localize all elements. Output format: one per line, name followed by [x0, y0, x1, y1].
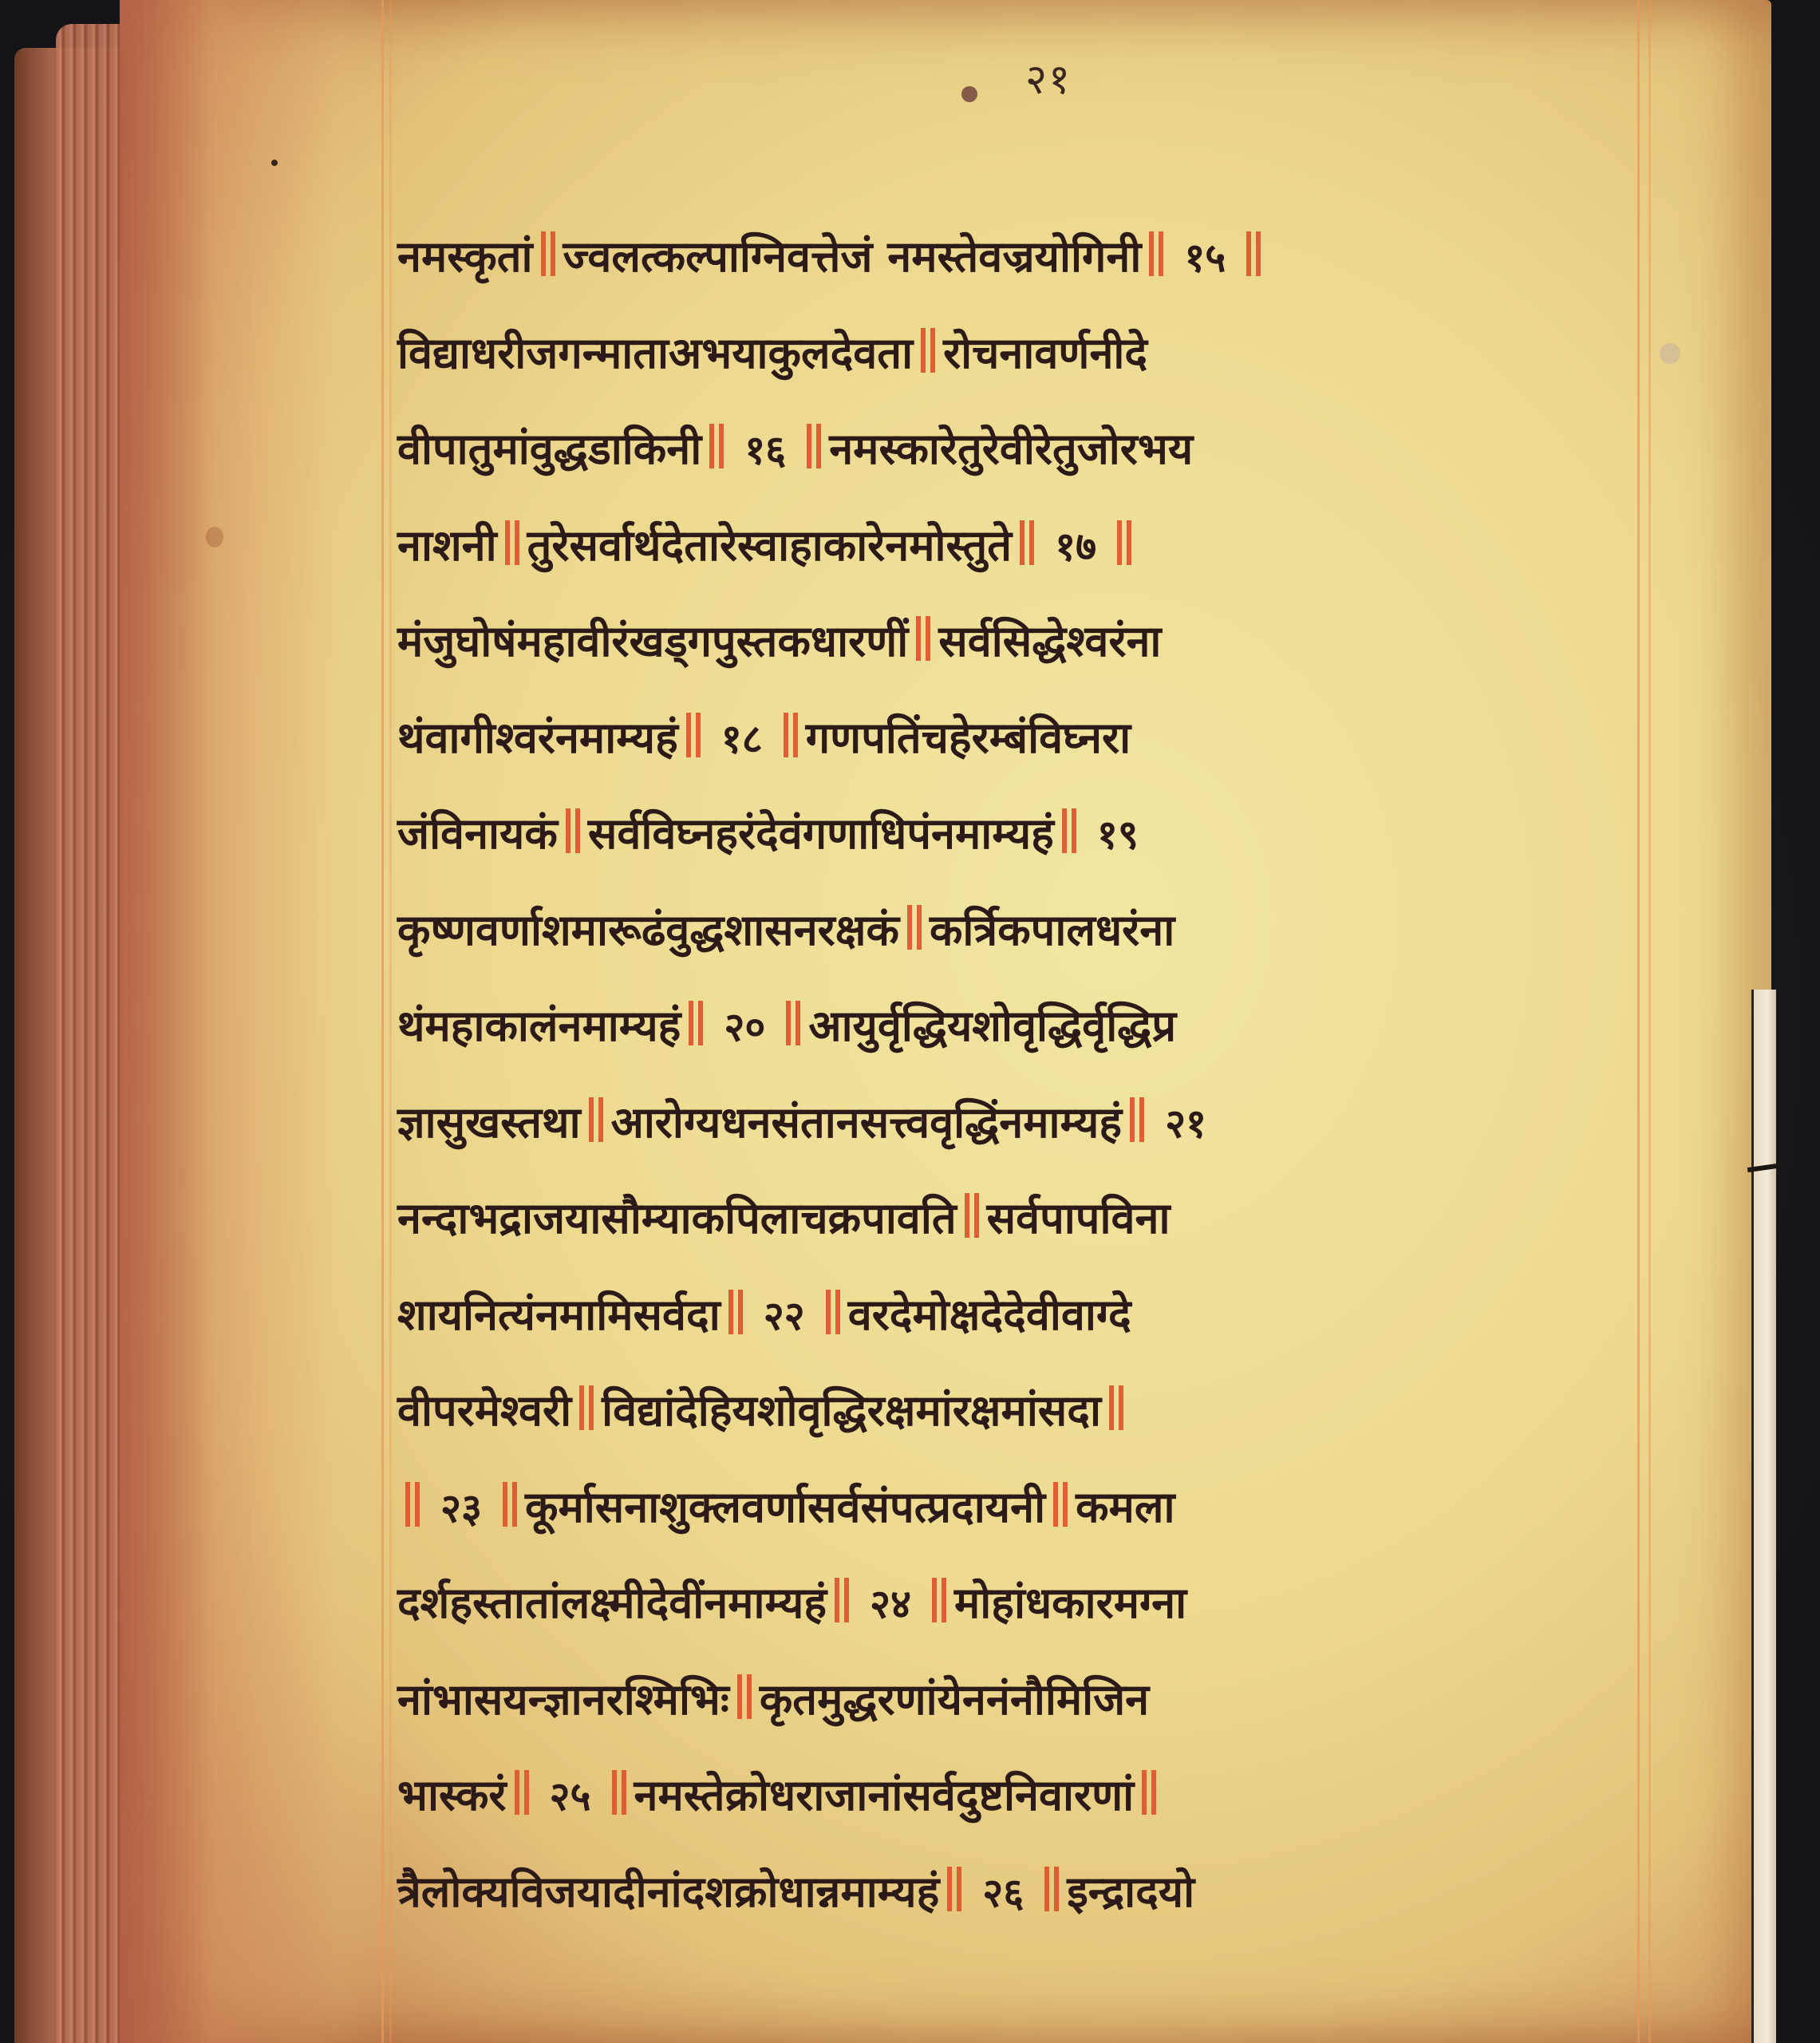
verse-text: नांभासयन्ज्ञानरश्मिभिः [397, 1674, 729, 1725]
verse-text: वरदेमोक्षदेदेवीवाग्दे [848, 1290, 1131, 1340]
double-danda-mark [786, 1001, 800, 1045]
verse-number: १७ [1055, 499, 1096, 595]
verse-text: मोहांधकारमग्ना [954, 1578, 1186, 1628]
double-danda-mark [612, 1770, 626, 1815]
manuscript-text-block: नमस्कृतांज्वलत्कल्पाग्निवत्तेजं नमस्तेवज… [397, 209, 1658, 1940]
verse-text: कर्त्रिकपालधरंना [930, 905, 1175, 955]
verse-text: शायनित्यंनमामिसर्वदा [397, 1290, 720, 1340]
text-line: नमस्कृतांज्वलत्कल्पाग्निवत्तेजं नमस्तेवज… [397, 209, 1658, 306]
verse-text: नन्दाभद्राजयासौम्याकपिलाचक्रपावति [397, 1193, 957, 1243]
double-danda-mark [1020, 520, 1034, 565]
text-line: जंविनायकंसर्वविघ्नहरंदेवंगणाधिपंनमाम्यहं… [397, 786, 1658, 883]
double-danda-mark [1044, 1867, 1059, 1911]
text-line: २३कूर्मासनाशुक्लवर्णासर्वसंपत्प्रदायनीकम… [397, 1460, 1658, 1556]
text-line: नांभासयन्ज्ञानरश्मिभिःकृतमुद्धरणांयेननंन… [397, 1652, 1658, 1749]
verse-text: जंविनायकं [397, 808, 558, 859]
double-danda-mark [566, 808, 580, 853]
double-danda-mark [686, 713, 701, 757]
verse-text: मंजुघोषंमहावीरंखड्गपुस्तकधारणीं [397, 616, 908, 666]
verse-number: १९ [1097, 787, 1139, 883]
double-danda-mark [515, 1770, 529, 1815]
verse-text: कमला [1076, 1482, 1175, 1532]
double-danda-mark [784, 713, 798, 757]
verse-text: थंमहाकालंनमाम्यहं [397, 1001, 681, 1051]
double-danda-mark [826, 1290, 840, 1334]
verse-text: ज्ञासुखस्तथा [397, 1097, 581, 1148]
verse-number: २६ [982, 1845, 1024, 1941]
verse-text: वीपरमेश्वरी [397, 1385, 571, 1436]
verse-text: सर्वपापविना [987, 1193, 1171, 1243]
double-danda-mark [505, 520, 519, 565]
verse-number: २३ [440, 1460, 482, 1556]
paper-hole [206, 527, 223, 547]
verse-text: कृष्णवर्णाशमारूढंवुद्धशासनरक्षकं [397, 905, 899, 955]
verse-number: २० [724, 979, 765, 1075]
double-danda-mark [835, 1578, 849, 1622]
double-danda-mark [807, 424, 821, 468]
double-danda-mark [921, 328, 935, 373]
double-danda-mark [579, 1385, 594, 1430]
verse-text: नाशनी [397, 520, 497, 571]
verse-text: सर्वसिद्धेश्वरंना [938, 616, 1161, 666]
double-danda-mark [1062, 808, 1076, 853]
verse-text: रोचनावर्णनीदे [943, 328, 1147, 378]
text-line: ज्ञासुखस्तथाआरोग्यधनसंतानसत्त्ववृद्धिंनम… [397, 1075, 1658, 1172]
verse-number: १६ [744, 402, 786, 498]
double-danda-mark [907, 905, 922, 950]
left-margin-rule-inner [389, 0, 392, 2043]
text-line: त्रैलोक्यविजयादीनांदशक्रोधान्नमाम्यहं२६इ… [397, 1844, 1658, 1941]
page-right-edge [1751, 990, 1776, 2043]
double-danda-mark [689, 1001, 703, 1045]
text-line: विद्याधरीजगन्माताअभयाकुलदेवतारोचनावर्णनी… [397, 306, 1658, 402]
double-danda-mark [1053, 1482, 1068, 1527]
verse-text: सर्वविघ्नहरंदेवंगणाधिपंनमाम्यहं [588, 808, 1054, 859]
verse-text: भास्करं [397, 1770, 507, 1820]
double-danda-mark [1130, 1097, 1144, 1142]
verse-text: नमस्तेक्रोधराजानांसर्वदुष्टनिवारणां [634, 1770, 1135, 1820]
left-margin-rule [381, 0, 384, 2043]
text-line: कृष्णवर्णाशमारूढंवुद्धशासनरक्षकंकर्त्रिक… [397, 883, 1658, 979]
double-danda-mark [737, 1674, 752, 1719]
page-number: २१ [1025, 49, 1072, 106]
double-danda-mark [947, 1867, 961, 1911]
verse-text: कूर्मासनाशुक्लवर्णासर्वसंपत्प्रदायनी [525, 1482, 1045, 1532]
verse-text: नमस्कृतां [397, 231, 533, 282]
verse-text: वीपातुमांवुद्धडाकिनी [397, 424, 701, 474]
text-line: भास्करं२५नमस्तेक्रोधराजानांसर्वदुष्टनिवा… [397, 1748, 1658, 1844]
double-danda-mark [932, 1578, 946, 1622]
text-line: दर्शहस्तातांलक्ष्मीदेवींनमाम्यहं२४मोहांध… [397, 1555, 1658, 1652]
verse-text: आयुर्वृद्धियशोवृद्धिर्वृद्धिप्र [808, 1001, 1176, 1051]
verse-text: आरोग्यधनसंतानसत्त्ववृद्धिंनमाम्यहं [611, 1097, 1123, 1148]
double-danda-mark [503, 1482, 517, 1527]
double-danda-mark [541, 231, 555, 276]
double-danda-mark [1117, 520, 1131, 565]
double-danda-mark [589, 1097, 603, 1142]
double-danda-mark [965, 1193, 979, 1238]
text-line: नन्दाभद्राजयासौम्याकपिलाचक्रपावतिसर्वपाप… [397, 1171, 1658, 1267]
verse-text: विद्यांदेहियशोवृद्धिरक्षमांरक्षमांसदा [602, 1385, 1101, 1436]
verse-text: गणपतिंचहेरम्बंविघ्नरा [806, 713, 1131, 763]
text-line: वीपरमेश्वरीविद्यांदेहियशोवृद्धिरक्षमांरक… [397, 1363, 1658, 1460]
verse-text: थंवागीश्वरंनमाम्यहं [397, 713, 678, 763]
verse-text: तुरेसर्वार्थदेतारेस्वाहाकारेनमोस्तुते [527, 520, 1012, 571]
double-danda-mark [916, 616, 930, 661]
double-danda-mark [1142, 1770, 1156, 1815]
verse-text: कृतमुद्धरणांयेननंनौमिजिन [760, 1674, 1149, 1725]
text-line: वीपातुमांवुद्धडाकिनी१६नमस्कारेतुरेवीरेतु… [397, 401, 1658, 498]
verse-number: २२ [764, 1268, 805, 1364]
verse-text: दर्शहस्तातांलक्ष्मीदेवींनमाम्यहं [397, 1578, 827, 1628]
ink-speck [271, 160, 278, 166]
folio-mark-dot [961, 86, 977, 102]
verse-text: नमस्कारेतुरेवीरेतुजोरभय [829, 424, 1193, 474]
double-danda-mark [709, 424, 724, 468]
text-line: थंमहाकालंनमाम्यहं२०आयुर्वृद्धियशोवृद्धिर… [397, 978, 1658, 1075]
verse-number: १८ [721, 691, 763, 787]
verse-number: १५ [1184, 210, 1226, 306]
double-danda-mark [1109, 1385, 1123, 1430]
verse-text: विद्याधरीजगन्माताअभयाकुलदेवता [397, 328, 913, 378]
verse-number: २५ [550, 1749, 591, 1844]
verse-text: त्रैलोक्यविजयादीनांदशक्रोधान्नमाम्यहं [397, 1867, 939, 1917]
double-danda-mark [405, 1482, 420, 1527]
double-danda-mark [1149, 231, 1163, 276]
text-line: थंवागीश्वरंनमाम्यहं१८गणपतिंचहेरम्बंविघ्न… [397, 690, 1658, 787]
text-line: शायनित्यंनमामिसर्वदा२२वरदेमोक्षदेदेवीवाग… [397, 1267, 1658, 1364]
text-line: नाशनीतुरेसर्वार्थदेतारेस्वाहाकारेनमोस्तु… [397, 498, 1658, 595]
verse-number: २१ [1165, 1076, 1206, 1172]
verse-text: इन्द्रादयो [1067, 1867, 1194, 1917]
verse-number: २४ [870, 1556, 911, 1652]
text-line: मंजुघोषंमहावीरंखड्गपुस्तकधारणींसर्वसिद्ध… [397, 594, 1658, 690]
double-danda-mark [1246, 231, 1261, 276]
paper-hole [1660, 343, 1680, 364]
verse-text: ज्वलत्कल्पाग्निवत्तेजं नमस्तेवज्रयोगिनी [563, 231, 1142, 282]
page-gutter-stain [120, 0, 391, 2043]
double-danda-mark [728, 1290, 743, 1334]
